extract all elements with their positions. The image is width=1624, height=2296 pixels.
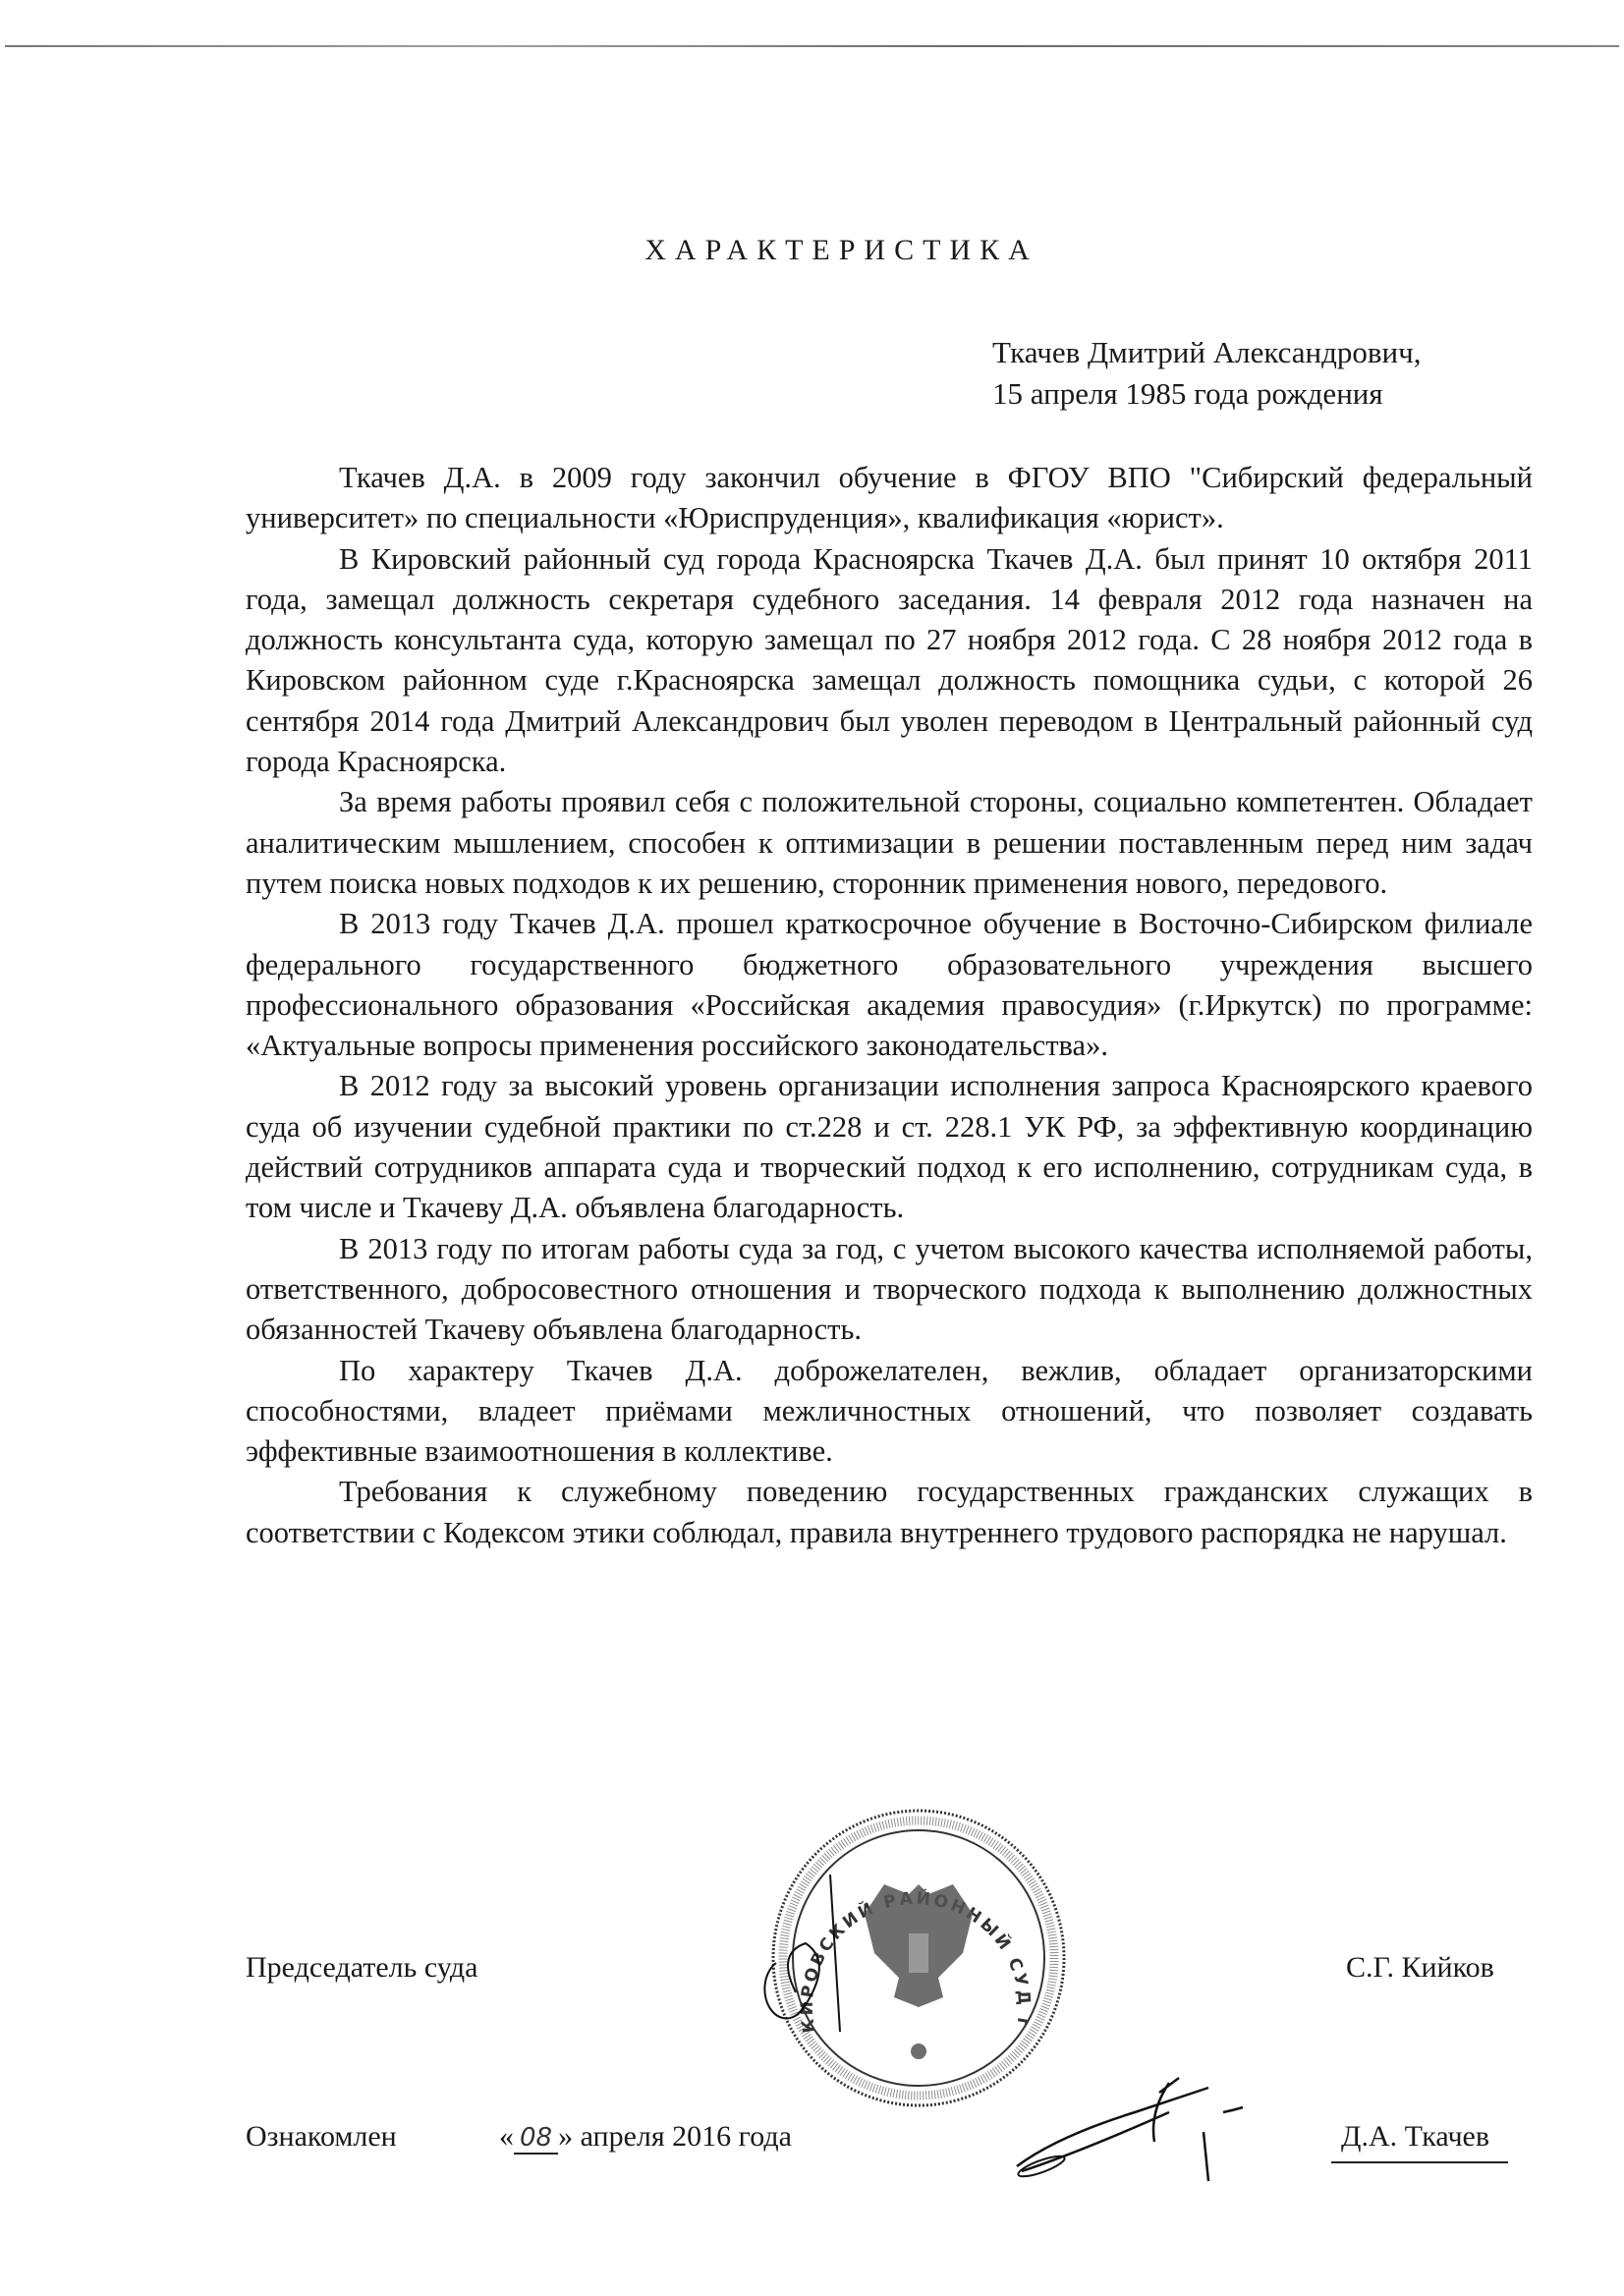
date-rest: » апреля 2016 года: [558, 2120, 792, 2153]
person-name: Ткачев Дмитрий Александрович,: [992, 332, 1421, 373]
scan-edge-line: [5, 45, 1619, 47]
paragraph-qualities: За время работы проявил себя с положител…: [246, 782, 1533, 904]
chairman-label: Председатель суда: [246, 1951, 477, 1985]
employee-name: Д.А. Ткачев: [1341, 2120, 1489, 2154]
document-title: ХАРАКТЕРИСТИКА: [29, 234, 1624, 267]
date-open-quote: «: [499, 2120, 514, 2153]
employee-signature-line: [1331, 2161, 1508, 2163]
paragraph-award-2013: В 2013 году по итогам работы суда за год…: [246, 1229, 1533, 1351]
paragraph-award-2012: В 2012 году за высокий уровень организац…: [246, 1066, 1533, 1228]
acknowledged-date: «08» апреля 2016 года: [499, 2120, 792, 2155]
court-stamp-icon: КИРОВСКИЙ РАЙОННЫЙ СУД г.КРАСНОЯРСКА: [756, 1806, 1071, 2110]
chairman-name: С.Г. Кийков: [1346, 1951, 1494, 1985]
paragraph-training: В 2013 году Ткачев Д.А. прошел краткосро…: [246, 904, 1533, 1066]
date-day-handwritten: 08: [514, 2123, 558, 2155]
person-block: Ткачев Дмитрий Александрович, 15 апреля …: [992, 332, 1421, 415]
paragraph-conduct: Требования к служебному поведению госуда…: [246, 1472, 1533, 1553]
employee-signature-icon: [1012, 2073, 1346, 2191]
paragraph-career: В Кировский районный суд города Краснояр…: [246, 539, 1533, 783]
acknowledged-label: Ознакомлен: [246, 2120, 397, 2154]
document-body: Ткачев Д.А. в 2009 году закончил обучени…: [246, 458, 1533, 1553]
paragraph-character: По характеру Ткачев Д.А. доброжелателен,…: [246, 1351, 1533, 1473]
paragraph-education: Ткачев Д.А. в 2009 году закончил обучени…: [246, 458, 1533, 539]
person-birth: 15 апреля 1985 года рождения: [992, 373, 1421, 415]
